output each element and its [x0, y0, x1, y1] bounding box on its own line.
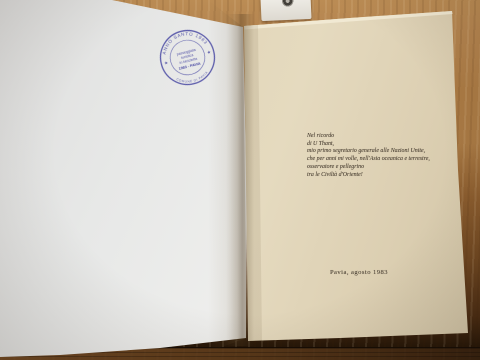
price-tag: [261, 0, 312, 21]
dedication-text-block: Nel ricordo di U Thant, mio primo segret…: [307, 133, 430, 179]
stamp-star-left-icon: ★: [164, 60, 169, 66]
dedication-line: osservatore e pellegrino: [307, 164, 430, 172]
open-book-photo: ANNO SANTO 1983 COMUNE DI PAVIA ★ ★ pass…: [0, 0, 480, 360]
book-gutter-shadow: [226, 14, 254, 346]
tag-grommet-icon: [281, 0, 294, 7]
dedication-line: che per anni mi volle, nell'Asia oceanic…: [307, 156, 430, 164]
dedication-line: tra le Civiltà d'Oriente!: [307, 172, 430, 180]
imprint-text: Pavia, agosto 1983: [303, 269, 415, 276]
stamp-star-right-icon: ★: [206, 49, 211, 55]
dedication-line: mio primo segretario generale alle Nazio…: [307, 148, 430, 156]
dedication-line: Nel ricordo: [307, 133, 430, 141]
